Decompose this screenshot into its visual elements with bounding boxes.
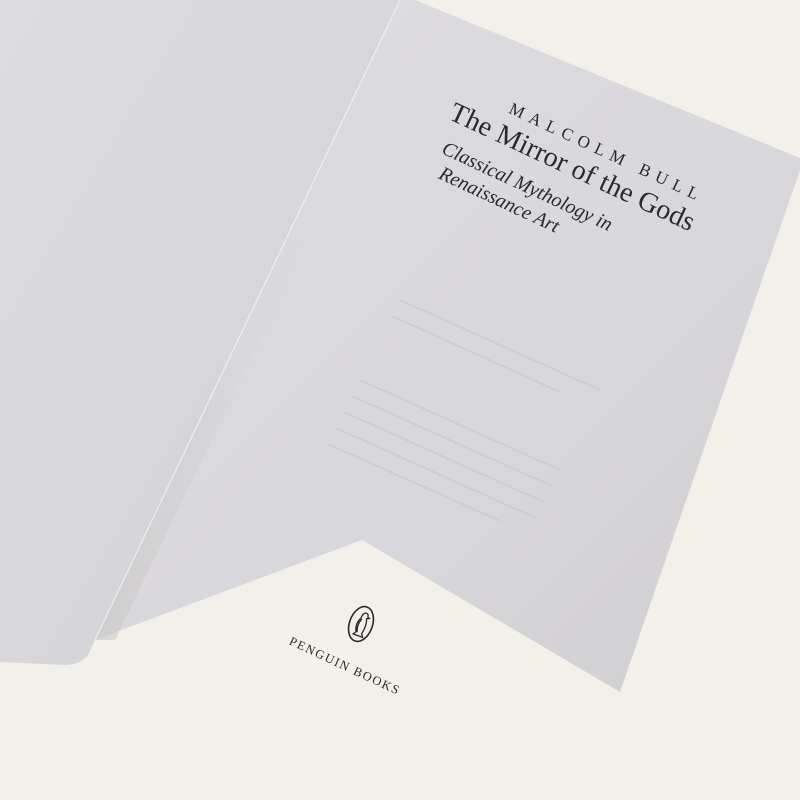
book-photo: MALCOLM BULL The Mirror of the Gods Clas…: [0, 0, 800, 800]
open-book-pages: [0, 0, 800, 800]
